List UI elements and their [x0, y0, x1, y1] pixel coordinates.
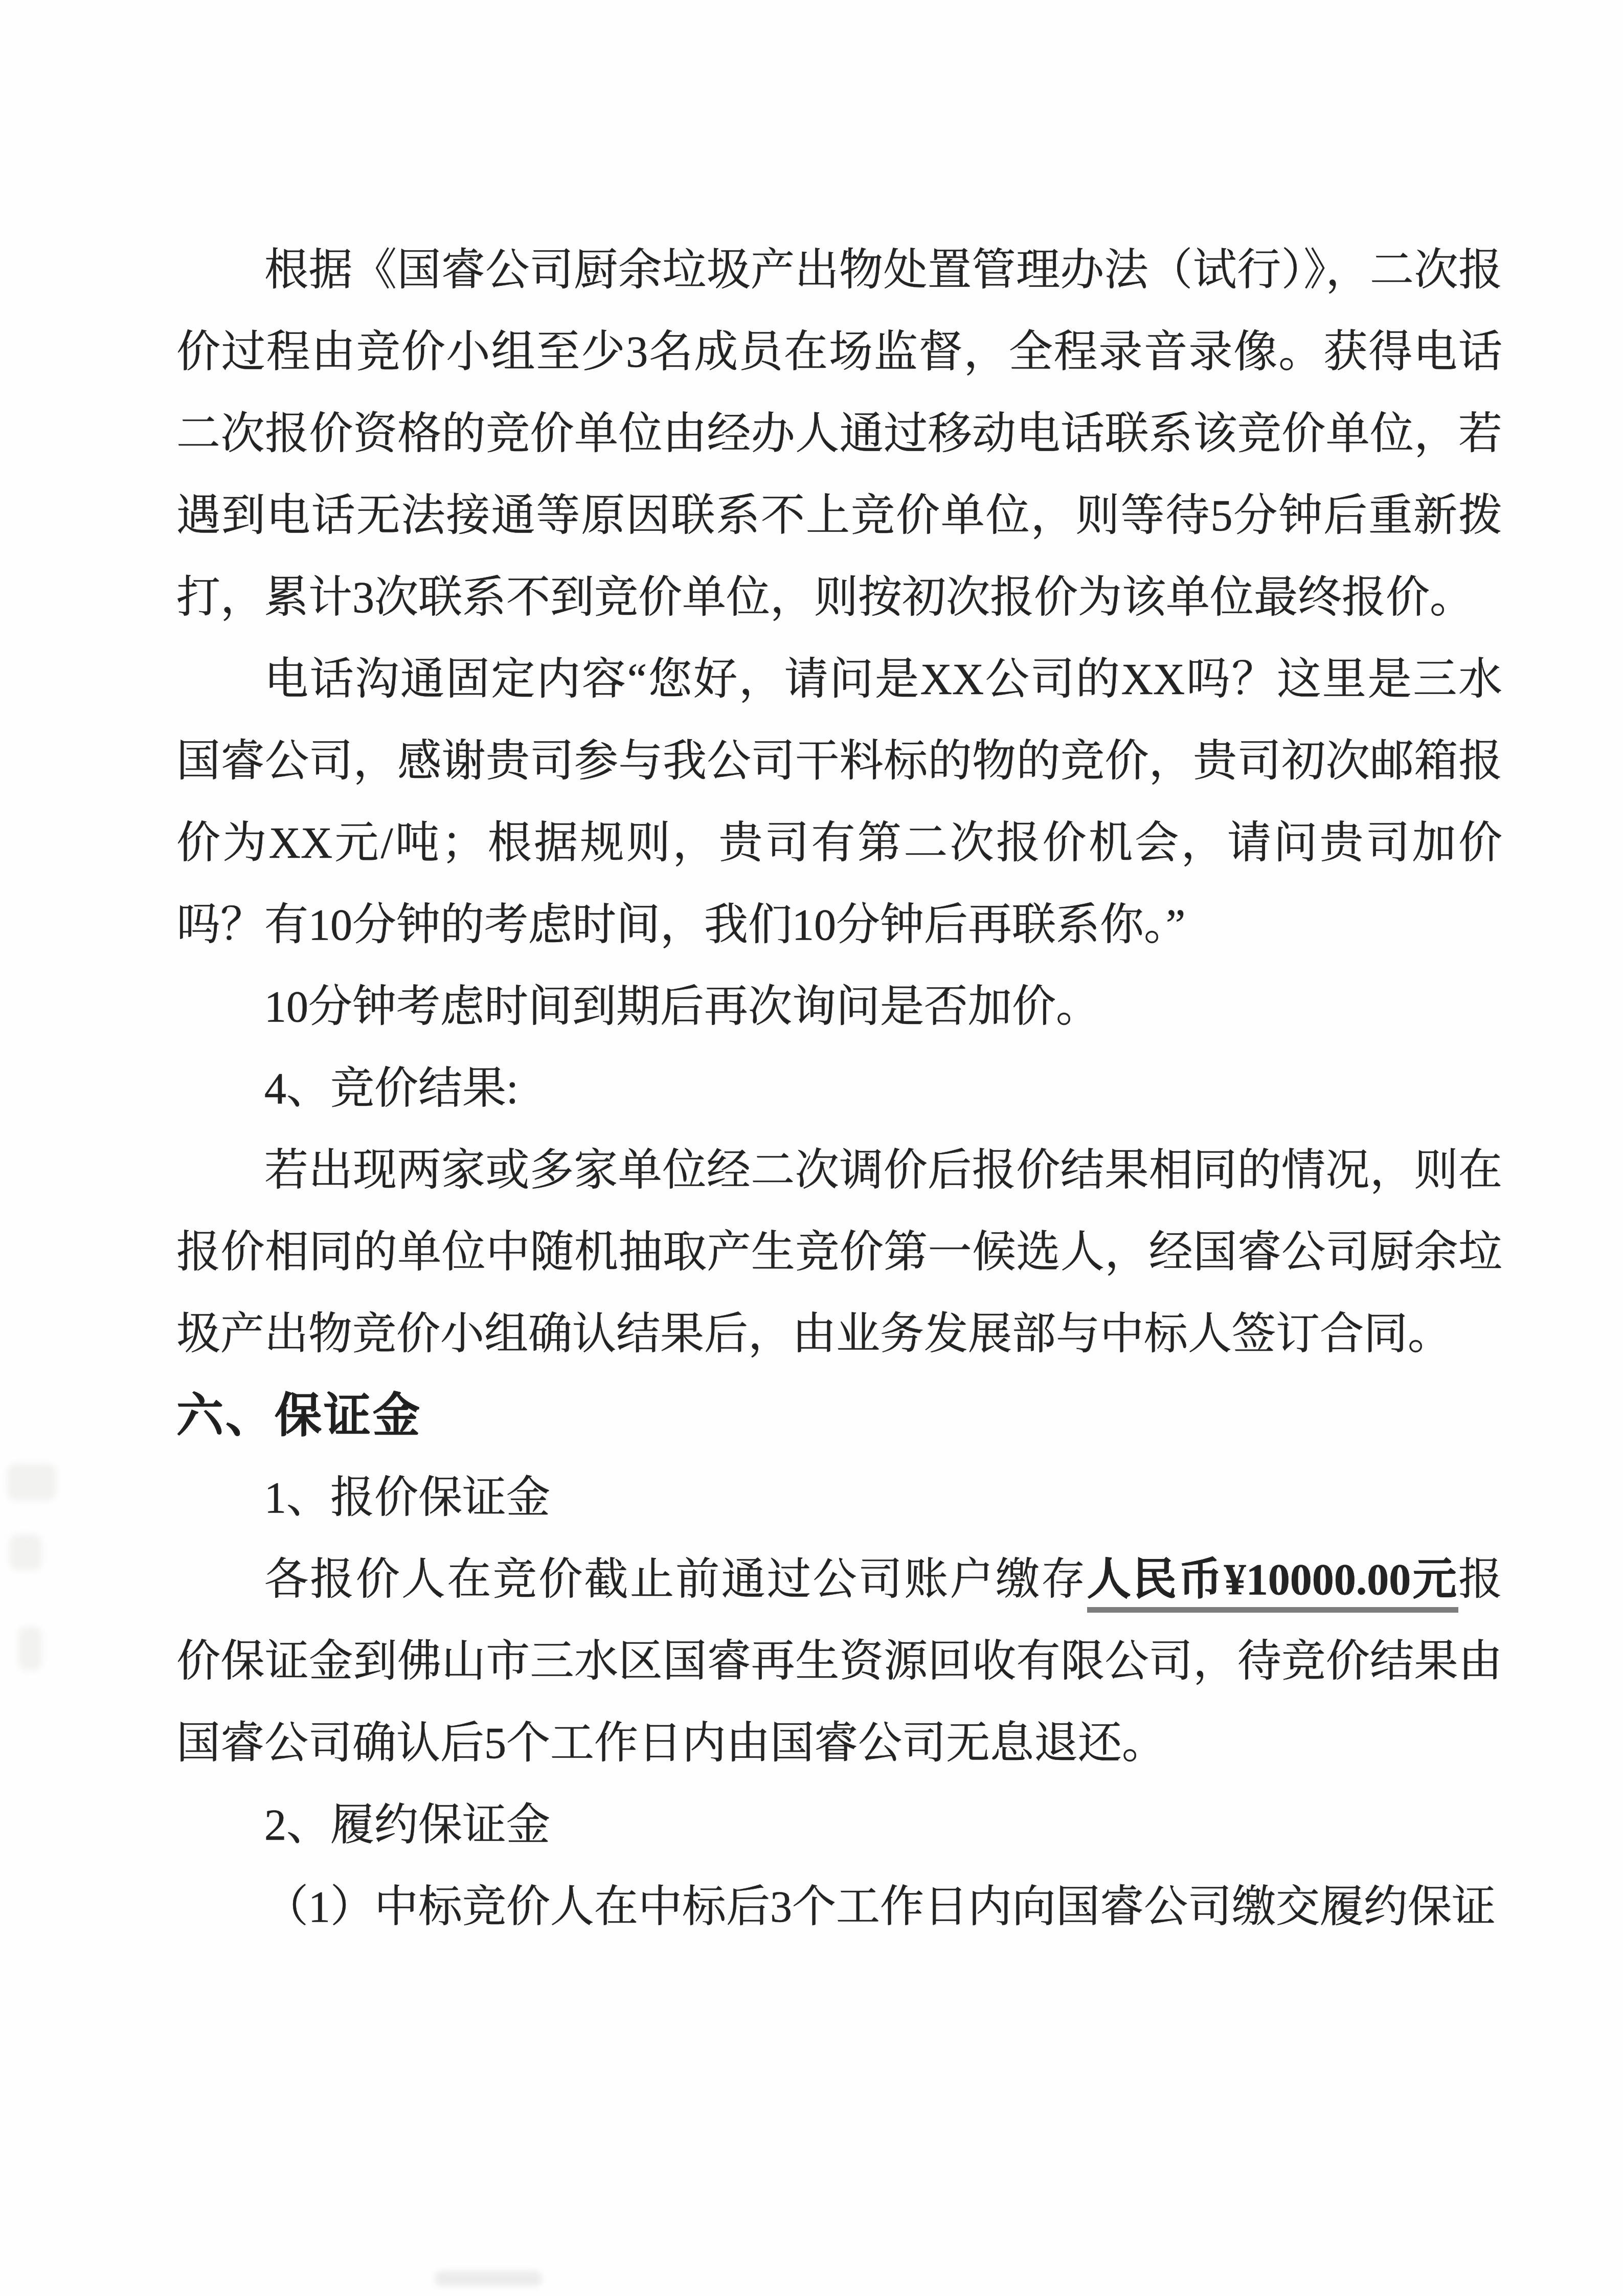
- scan-smudge: [7, 1464, 56, 1501]
- document-page: 根据《国睿公司厨余垃圾产出物处置管理办法（试行）》，二次报价过程由竞价小组至少3…: [0, 0, 1623, 2296]
- bid-deposit-amount-underlined: 人民币¥10000.00元: [1087, 1555, 1458, 1613]
- scan-smudge: [18, 1626, 42, 1670]
- paragraph-item-2-performance-deposit-label: 2、履约保证金: [176, 1784, 1502, 1866]
- paragraph-item-4-bidding-result-label: 4、竞价结果:: [176, 1047, 1502, 1129]
- bid-deposit-text-before-amount: 各报价人在竞价截止前通过公司账户缴存: [264, 1555, 1087, 1604]
- section-heading-deposit: 六、保证金: [176, 1375, 1502, 1457]
- paragraph-phone-script: 电话沟通固定内容“您好，请问是XX公司的XX吗？这里是三水国睿公司，感谢贵司参与…: [176, 638, 1502, 966]
- paragraph-performance-deposit-detail: （1）中标竞价人在中标后3个工作日内向国睿公司缴交履约保证: [176, 1866, 1502, 1948]
- paragraph-second-quote-procedure: 根据《国睿公司厨余垃圾产出物处置管理办法（试行）》，二次报价过程由竞价小组至少3…: [176, 229, 1502, 638]
- paragraph-item-1-bid-deposit-label: 1、报价保证金: [176, 1457, 1502, 1539]
- paragraph-bid-deposit-detail: 各报价人在竞价截止前通过公司账户缴存人民币¥10000.00元报价保证金到佛山市…: [176, 1539, 1502, 1784]
- paragraph-tie-break-rule: 若出现两家或多家单位经二次调价后报价结果相同的情况，则在报价相同的单位中随机抽取…: [176, 1129, 1502, 1375]
- scan-smudge: [9, 1534, 42, 1570]
- scan-smudge: [435, 2271, 542, 2286]
- paragraph-ten-minute-followup: 10分钟考虑时间到期后再次询问是否加价。: [176, 966, 1502, 1047]
